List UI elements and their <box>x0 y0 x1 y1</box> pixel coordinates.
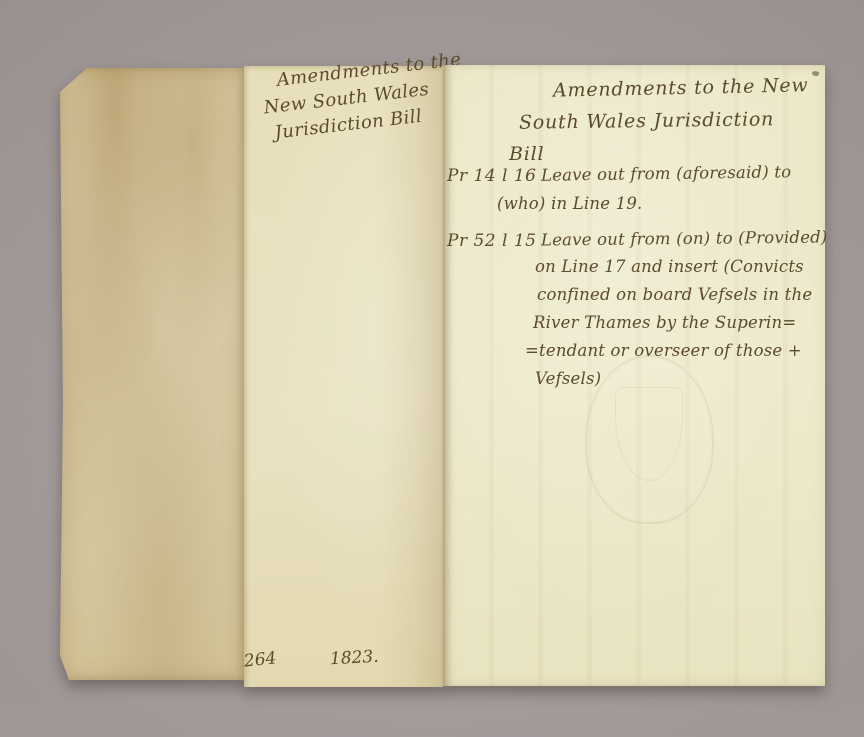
amendment-text-line: Leave out from (aforesaid) to <box>541 164 792 184</box>
amendment-reference: Pr 52 l 15 <box>447 233 536 250</box>
photo-background: Amendments to the New South Wales Jurisd… <box>0 0 864 737</box>
manuscript-page: Amendments to the New South Wales Jurisd… <box>443 65 825 686</box>
amendment-text-line: Leave out from (on) to (Provided) <box>541 230 828 249</box>
docket-panel: Amendments to the New South Wales Jurisd… <box>244 66 443 687</box>
page-title-line: Bill <box>509 145 544 164</box>
parchment-left-panel <box>60 68 244 680</box>
manuscript-document: Amendments to the New South Wales Jurisd… <box>60 65 823 687</box>
folio-number: 264 <box>243 650 277 670</box>
amendment-text-line: Vefsels) <box>535 371 601 388</box>
docket-title: Amendments to the New South Wales Jurisd… <box>258 52 456 151</box>
amendment-text-line: River Thames by the Superin= <box>533 315 796 332</box>
page-title-line: South Wales Jurisdiction <box>519 110 774 133</box>
amendment-text-line: =tendant or overseer of those + <box>525 343 802 360</box>
page-title-line: Amendments to the New <box>553 76 809 100</box>
amendment-reference: Pr 14 l 16 <box>447 168 536 185</box>
embossed-seal <box>585 355 714 524</box>
amendment-text-line: on Line 17 and insert (Convicts <box>535 259 804 276</box>
amendment-text-line: confined on board Vefsels in the <box>537 287 812 304</box>
year-annotation: 1823. <box>330 649 379 669</box>
ink-speck <box>811 70 819 77</box>
amendment-text-line: (who) in Line 19. <box>497 196 642 213</box>
